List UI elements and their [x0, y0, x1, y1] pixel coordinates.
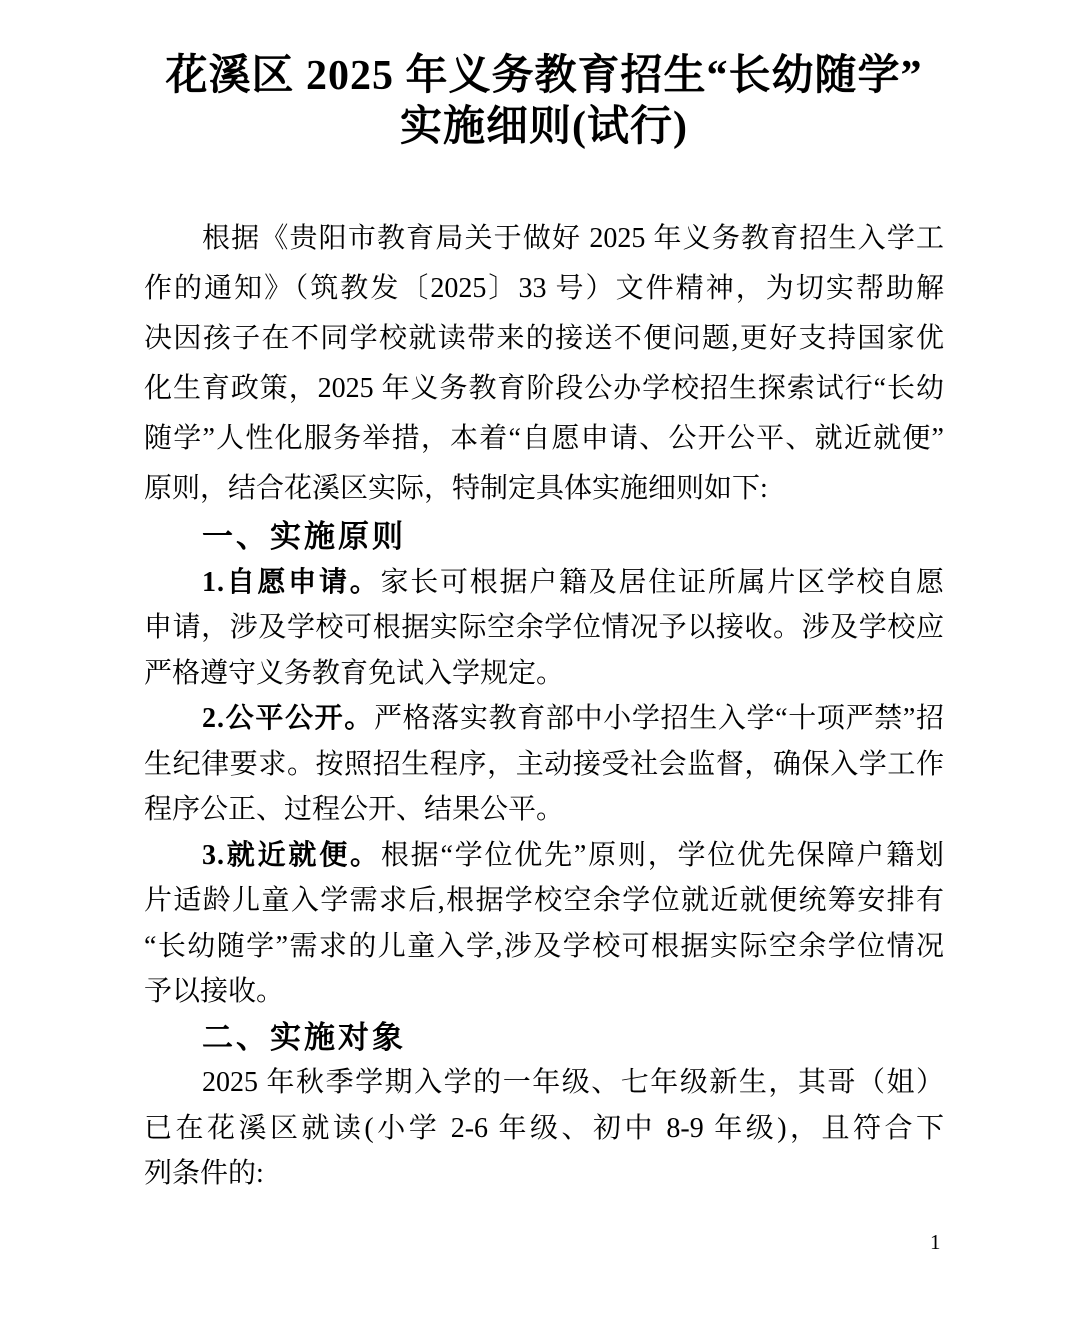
text-line: 2.公平公开。严格落实教育部中小学招生入学“十项严禁”招 [144, 696, 944, 742]
document-content: 花溪区 2025 年义务教育招生“长幼随学” 实施细则(试行) 根据《贵阳市教育… [144, 51, 944, 1197]
text-line: 片适龄儿童入学需求后,根据学校空余学位就近就便统筹安排有 [144, 878, 944, 924]
page-number: 1 [930, 1229, 941, 1255]
sections: 一、实施原则 1.自愿申请。家长可根据户籍及居住证所属片区学校自愿 申请，涉及学… [144, 514, 944, 1197]
text-line: 决因孩子在不同学校就读带来的接送不便问题,更好支持国家优 [144, 314, 944, 364]
text-line: 随学”人性化服务举措，本着“自愿申请、公开公平、就近就便” [144, 414, 944, 464]
text-line: 生纪律要求。按照招生程序，主动接受社会监督，确保入学工作 [144, 742, 944, 788]
section-heading-2: 二、实施对象 [144, 1015, 944, 1061]
text-line: 根据《贵阳市教育局关于做好 2025 年义务教育招生入学工 [144, 214, 944, 264]
text-line: 3.就近就便。根据“学位优先”原则，学位优先保障户籍划 [144, 833, 944, 879]
bold-lead-2: 2.公平公开。 [202, 703, 374, 734]
bold-lead-3: 3.就近就便。 [202, 840, 381, 871]
text-line: 作的通知》（筑教发〔2025〕33 号）文件精神，为切实帮助解 [144, 264, 944, 314]
paragraph-intro: 根据《贵阳市教育局关于做好 2025 年义务教育招生入学工 作的通知》（筑教发〔… [144, 214, 944, 514]
text-line: 申请，涉及学校可根据实际空余学位情况予以接收。涉及学校应 [144, 605, 944, 651]
title-line-1: 花溪区 2025 年义务教育招生“长幼随学” [144, 51, 944, 102]
lead-rest: 严格落实教育部中小学招生入学“十项严禁”招 [374, 703, 944, 734]
bold-lead-1: 1.自愿申请。 [202, 567, 381, 598]
document-page: 花溪区 2025 年义务教育招生“长幼随学” 实施细则(试行) 根据《贵阳市教育… [0, 0, 1080, 1342]
text-line: 列条件的: [144, 1151, 944, 1197]
text-line: 已在花溪区就读(小学 2-6 年级、初中 8-9 年级)，且符合下 [144, 1106, 944, 1152]
text-line: 予以接收。 [144, 969, 944, 1015]
text-line: 原则，结合花溪区实际，特制定具体实施细则如下: [144, 464, 944, 514]
text-line: 2025 年秋季学期入学的一年级、七年级新生，其哥（姐） [144, 1060, 944, 1106]
text-line: 1.自愿申请。家长可根据户籍及居住证所属片区学校自愿 [144, 560, 944, 606]
lead-rest: 家长可根据户籍及居住证所属片区学校自愿 [381, 567, 944, 598]
lead-rest: 根据“学位优先”原则，学位优先保障户籍划 [381, 840, 944, 871]
document-title: 花溪区 2025 年义务教育招生“长幼随学” 实施细则(试行) [144, 51, 944, 153]
text-line: “长幼随学”需求的儿童入学,涉及学校可根据实际空余学位情况 [144, 924, 944, 970]
text-line: 化生育政策，2025 年义务教育阶段公办学校招生探索试行“长幼 [144, 364, 944, 414]
section-heading-1: 一、实施原则 [144, 514, 944, 560]
document-body: 根据《贵阳市教育局关于做好 2025 年义务教育招生入学工 作的通知》（筑教发〔… [144, 214, 944, 1197]
text-line: 程序公正、过程公开、结果公平。 [144, 787, 944, 833]
title-line-2: 实施细则(试行) [144, 102, 944, 153]
text-line: 严格遵守义务教育免试入学规定。 [144, 651, 944, 697]
